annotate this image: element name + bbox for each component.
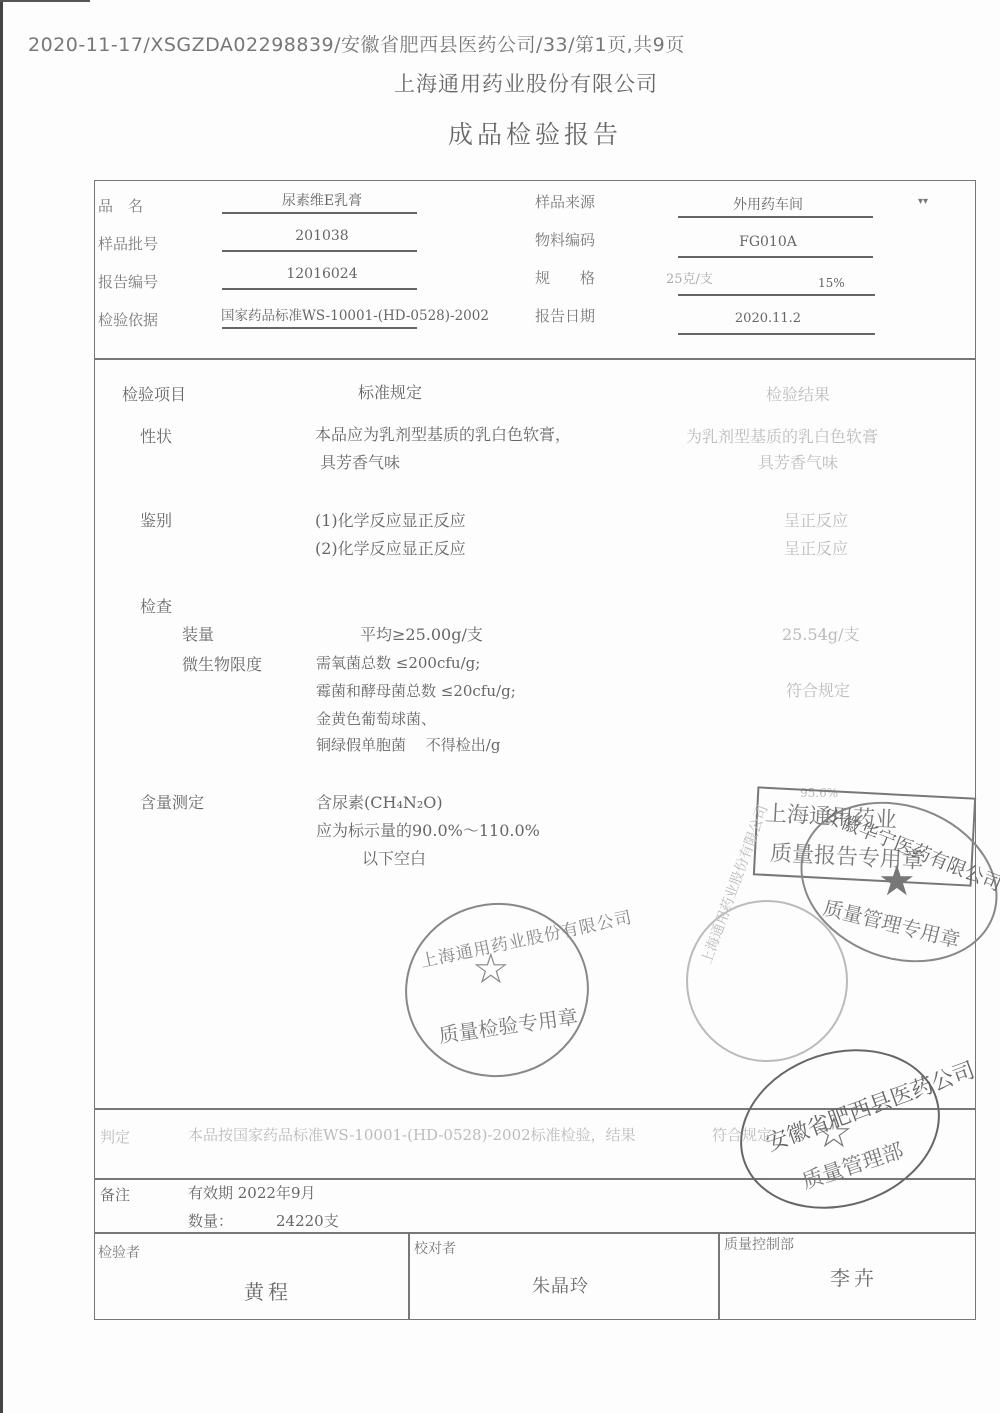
conclusion-label: 判定 — [100, 1126, 130, 1147]
report-no-value: 12016024 — [222, 266, 422, 282]
standard-identification-2: (2)化学反应显正反应 — [315, 536, 466, 559]
inspector-label: 检验者 — [98, 1242, 140, 1262]
underline — [222, 327, 417, 329]
conclusion-result: 符合规定 — [712, 1124, 772, 1145]
item-appearance: 性状 — [140, 424, 172, 447]
standard-microbial-3: 金黄色葡萄球菌、 — [316, 708, 436, 729]
material-code-value: FG010A — [668, 234, 868, 250]
star-icon: ☆ — [815, 1112, 853, 1154]
underline — [678, 256, 873, 258]
report-date-value: 2020.11.2 — [668, 311, 868, 326]
result-microbial: 符合规定 — [786, 678, 850, 701]
underline — [222, 212, 417, 214]
product-name-label: 品 名 — [98, 195, 143, 216]
standard-filling: 平均≥25.00g/支 — [360, 622, 483, 645]
scan-edge-top — [0, 0, 90, 2]
result-identification-1: 呈正反应 — [784, 508, 848, 531]
divider — [718, 1232, 720, 1320]
underline — [678, 216, 873, 218]
report-no-label: 报告编号 — [98, 271, 158, 292]
report-title: 成品检验报告 — [448, 115, 622, 151]
divider — [94, 1232, 976, 1234]
corner-mark: ▾▾ — [918, 196, 928, 207]
spec-extra: 15% — [818, 276, 845, 290]
item-filling: 装量 — [182, 622, 214, 645]
standard-microbial-4: 铜绿假单胞菌 不得检出/g — [316, 734, 500, 755]
star-icon: ☆ — [472, 948, 510, 990]
col-header-result: 检验结果 — [766, 382, 830, 405]
standard-microbial-1: 需氧菌总数 ≤200cfu/g; — [316, 652, 480, 673]
qc-dept-name: 李卉 — [830, 1262, 878, 1291]
inspector-name: 黄程 — [244, 1276, 292, 1305]
checker-label: 校对者 — [414, 1238, 456, 1258]
star-icon: ★ — [878, 860, 916, 902]
underline — [678, 294, 875, 296]
source-label: 样品来源 — [535, 191, 595, 212]
result-filling: 25.54g/支 — [782, 622, 859, 645]
checker-name: 朱晶玲 — [532, 1272, 589, 1298]
standard-identification-1: (1)化学反应显正反应 — [315, 508, 466, 531]
scan-edge — [0, 0, 3, 1413]
divider — [408, 1232, 410, 1320]
scan-header: 2020-11-17/XSGZDA02298839/安徽省肥西县医药公司/33/… — [28, 30, 685, 57]
material-code-label: 物料编码 — [535, 229, 595, 250]
remarks-label: 备注 — [100, 1184, 130, 1205]
expiry: 有效期 2022年9月 — [188, 1182, 316, 1203]
standard-appearance-1: 本品应为乳剂型基质的乳白色软膏， — [315, 422, 571, 445]
spec-label: 规 格 — [535, 267, 595, 288]
standard-assay-2: 应为标示量的90.0%～110.0% — [316, 818, 540, 841]
standard-appearance-2: 具芳香气味 — [320, 450, 400, 473]
col-header-standard: 标准规定 — [358, 380, 422, 403]
batch-label: 样品批号 — [98, 233, 158, 254]
report-date-label: 报告日期 — [535, 305, 595, 326]
underline — [678, 333, 875, 335]
batch-value: 201038 — [222, 228, 422, 244]
divider — [94, 358, 976, 360]
quantity-label: 数量： — [188, 1210, 233, 1231]
underline — [222, 250, 417, 252]
item-microbial: 微生物限度 — [182, 652, 262, 675]
source-value: 外用药车间 — [668, 194, 868, 214]
spec-value: 25克/支 — [666, 268, 713, 287]
standard-assay-1: 含尿素(CH₄N₂O) — [316, 790, 443, 813]
result-identification-2: 呈正反应 — [784, 536, 848, 559]
col-header-item: 检验项目 — [122, 382, 186, 405]
standard-value: 国家药品标准WS-10001-(HD-0528)-2002 — [200, 304, 510, 324]
item-inspection: 检查 — [140, 594, 172, 617]
item-identification: 鉴别 — [140, 508, 172, 531]
company-name: 上海通用药业股份有限公司 — [394, 68, 658, 98]
conclusion-text: 本品按国家药品标准WS-10001-(HD-0528)-2002标准检验，结果 — [188, 1124, 636, 1145]
product-name-value: 尿素维E乳膏 — [222, 190, 422, 210]
quantity-value: 24220支 — [276, 1210, 339, 1231]
blank-note: 以下空白 — [362, 846, 426, 869]
item-assay: 含量测定 — [140, 790, 204, 813]
standard-label: 检验依据 — [98, 309, 158, 330]
result-appearance-1: 为乳剂型基质的乳白色软膏 — [686, 424, 878, 447]
standard-microbial-2: 霉菌和酵母菌总数 ≤20cfu/g; — [316, 680, 516, 701]
underline — [222, 288, 417, 290]
result-appearance-2: 具芳香气味 — [758, 450, 838, 473]
qc-dept-label: 质量控制部 — [724, 1234, 794, 1254]
